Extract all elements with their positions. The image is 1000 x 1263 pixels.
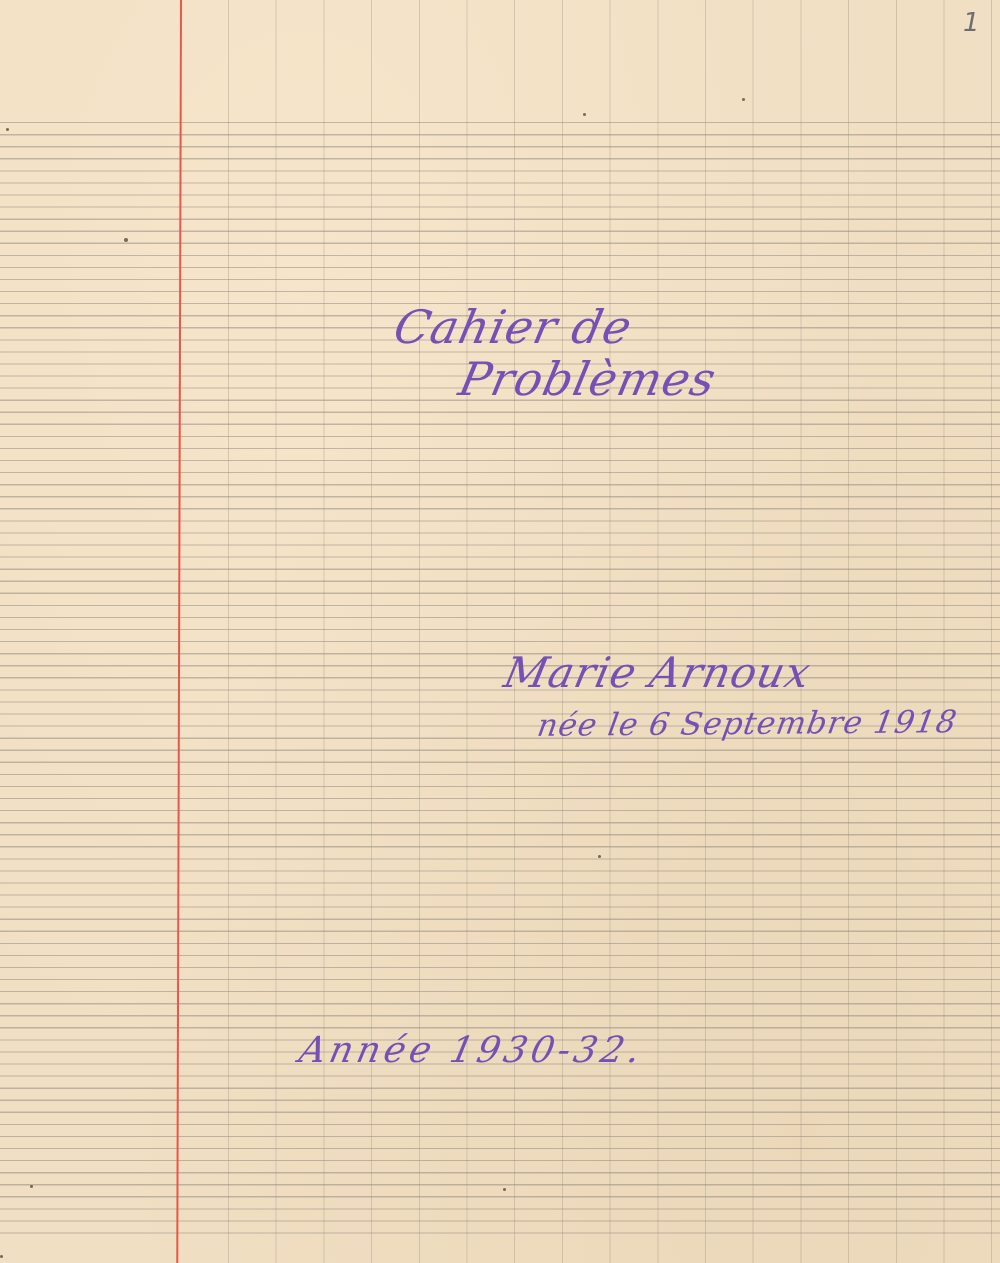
paper-speck: [583, 113, 586, 116]
paper-speck: [30, 1185, 33, 1188]
vertical-grid-lines: [228, 0, 1000, 1263]
paper-speck: [124, 238, 128, 242]
title-line-2: Problèmes: [454, 352, 721, 406]
birth-date-line: née le 6 Septembre 1918: [535, 704, 960, 744]
paper-speck: [503, 1188, 506, 1191]
paper-speck: [742, 98, 745, 101]
school-year: Année 1930-32.: [296, 1030, 648, 1071]
page-number: 1: [963, 8, 980, 38]
paper-speck: [0, 1255, 3, 1258]
notebook-page: 1 Cahier de Problèmes Marie Arnoux née l…: [0, 0, 1000, 1263]
paper-speck: [6, 128, 9, 131]
student-name: Marie Arnoux: [500, 648, 816, 697]
paper-speck: [598, 855, 601, 858]
title-line-1: Cahier de: [389, 300, 637, 354]
